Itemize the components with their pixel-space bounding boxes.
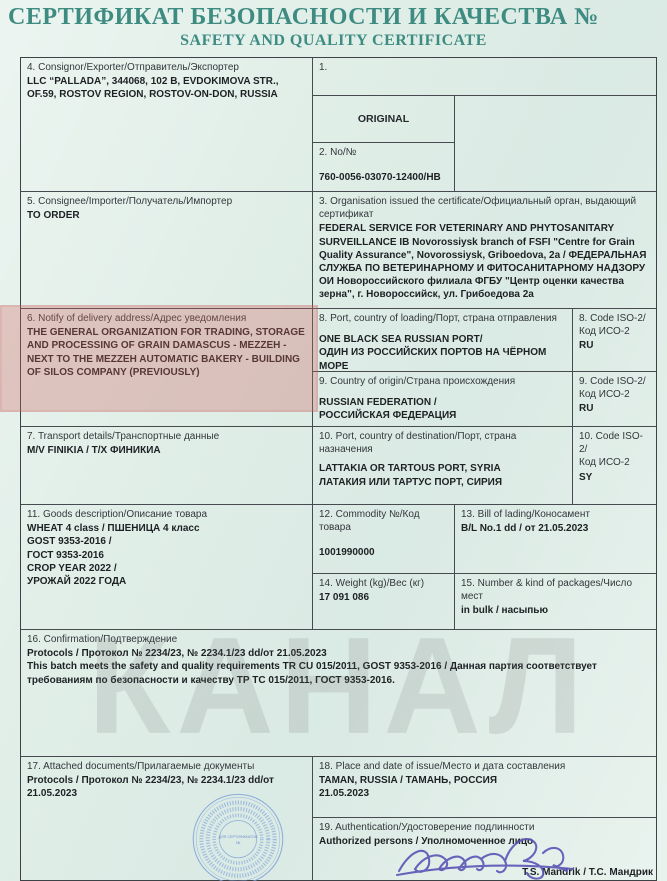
box-16-label: 16. Confirmation/Подтверждение bbox=[27, 633, 650, 646]
box-8-code-label: 8. Code ISO-2/ Код ИСО-2 bbox=[579, 312, 650, 338]
box-14-value: 17 091 086 bbox=[319, 591, 448, 604]
box-1-empty-cell bbox=[455, 96, 656, 191]
box-3-value: FEDERAL SERVICE FOR VETERINARY AND PHYTO… bbox=[319, 222, 650, 301]
box-13-bill-of-lading: 13. Bill of lading/Коносамент B/L No.1 d… bbox=[455, 505, 656, 573]
box-15-packages: 15. Number & kind of packages/Число мест… bbox=[455, 574, 656, 629]
box-11-goods-description: 11. Goods description/Описание товара WH… bbox=[21, 505, 313, 629]
box-17-attached-documents: 17. Attached documents/Прилагаемые докум… bbox=[21, 757, 313, 880]
box-10-code-label: 10. Code ISO-2/ Код ИСО-2 bbox=[579, 430, 650, 470]
box-9-value: RUSSIAN FEDERATION / РОССИЙСКАЯ ФЕДЕРАЦИ… bbox=[319, 396, 566, 422]
box-11-label: 11. Goods description/Описание товара bbox=[27, 508, 306, 521]
box-5-consignee: 5. Consignee/Importer/Получатель/Импорте… bbox=[21, 192, 313, 308]
certificate-title-en: SAFETY AND QUALITY CERTIFICATE bbox=[0, 32, 667, 50]
row-notify-loading: 6. Notify of delivery address/Адрес увед… bbox=[21, 308, 656, 426]
row-transport-destination: 7. Transport details/Транспортные данные… bbox=[21, 426, 656, 504]
row-goods: 11. Goods description/Описание товара WH… bbox=[21, 504, 656, 629]
box-7-transport: 7. Transport details/Транспортные данные… bbox=[21, 427, 313, 504]
row-consignor: 4. Consignor/Exporter/Отправитель/Экспор… bbox=[21, 58, 656, 191]
commodity-group: 12. Commodity №/Код товара 1001990000 13… bbox=[313, 505, 656, 629]
row-documents-issue: 17. Attached documents/Прилагаемые докум… bbox=[21, 756, 656, 880]
loading-origin-group: 8. Port, country of loading/Порт, страна… bbox=[313, 309, 656, 426]
box-18-place-date: 18. Place and date of issue/Место и дата… bbox=[313, 757, 656, 818]
box-13-label: 13. Bill of lading/Коносамент bbox=[461, 508, 650, 521]
row-confirmation: 16. Confirmation/Подтверждение Protocols… bbox=[21, 629, 656, 756]
box-3-organisation: 3. Organisation issued the certificate/О… bbox=[313, 192, 656, 308]
box-9-code-value: RU bbox=[579, 402, 650, 415]
box-12-label: 12. Commodity №/Код товара bbox=[319, 508, 448, 534]
box-6-label: 6. Notify of delivery address/Адрес увед… bbox=[27, 312, 306, 325]
box-1-group: 1. ORIGINAL 2. No/№ 760-0056-03070-12400… bbox=[313, 58, 656, 191]
box-8-port-loading: 8. Port, country of loading/Порт, страна… bbox=[313, 309, 572, 371]
authorized-person-name: T.S. Mandrik / Т.С. Мандрик bbox=[522, 866, 653, 879]
destination-group: 10. Port, country of destination/Порт, с… bbox=[313, 427, 656, 504]
box-5-label: 5. Consignee/Importer/Получатель/Импорте… bbox=[27, 195, 306, 208]
box-9-code: 9. Code ISO-2/ Код ИСО-2 RU bbox=[572, 372, 656, 426]
box-10-port-destination: 10. Port, country of destination/Порт, с… bbox=[313, 427, 572, 504]
box-6-value: THE GENERAL ORGANIZATION FOR TRADING, ST… bbox=[27, 326, 306, 379]
box-14-weight: 14. Weight (kg)/Вес (кг) 17 091 086 bbox=[313, 574, 455, 629]
box-10-code-value: SY bbox=[579, 471, 650, 484]
box-14-label: 14. Weight (kg)/Вес (кг) bbox=[319, 577, 448, 590]
box-1: 1. bbox=[313, 58, 656, 96]
box-8-code: 8. Code ISO-2/ Код ИСО-2 RU bbox=[572, 309, 656, 371]
box-8-row: 8. Port, country of loading/Порт, страна… bbox=[313, 309, 656, 372]
box-10-code: 10. Code ISO-2/ Код ИСО-2 SY bbox=[572, 427, 656, 504]
box-2-number: 2. No/№ 760-0056-03070-12400/HB bbox=[313, 143, 454, 191]
certificate-title-ru: СЕРТИФИКАТ БЕЗОПАСНОСТИ И КАЧЕСТВА № bbox=[8, 4, 608, 31]
box-13-value: B/L No.1 dd / от 21.05.2023 bbox=[461, 522, 650, 535]
box-4-label: 4. Consignor/Exporter/Отправитель/Экспор… bbox=[27, 61, 306, 74]
box-12-commodity: 12. Commodity №/Код товара 1001990000 bbox=[313, 505, 455, 573]
box-4-consignor: 4. Consignor/Exporter/Отправитель/Экспор… bbox=[21, 58, 313, 191]
box-9-country-origin: 9. Country of origin/Страна происхождени… bbox=[313, 372, 572, 426]
row-consignee: 5. Consignee/Importer/Получатель/Импорте… bbox=[21, 191, 656, 308]
box-3-label: 3. Organisation issued the certificate/О… bbox=[319, 195, 650, 221]
box-9-row: 9. Country of origin/Страна происхождени… bbox=[313, 372, 656, 426]
certificate-page: СЕРТИФИКАТ БЕЗОПАСНОСТИ И КАЧЕСТВА № SAF… bbox=[0, 0, 667, 881]
certificate-table: 4. Consignor/Exporter/Отправитель/Экспор… bbox=[20, 57, 657, 881]
box-19-value: Authorized persons / Уполномоченное лицо bbox=[319, 835, 650, 848]
box-18-value: TAMAN, RUSSIA / ТАМАНЬ, РОССИЯ 21.05.202… bbox=[319, 774, 650, 800]
original-label: ORIGINAL bbox=[358, 113, 409, 125]
box-9-label: 9. Country of origin/Страна происхождени… bbox=[319, 375, 566, 388]
box-18-label: 18. Place and date of issue/Место и дата… bbox=[319, 760, 650, 773]
original-number-column: ORIGINAL 2. No/№ 760-0056-03070-12400/HB bbox=[313, 96, 455, 191]
box-17-label: 17. Attached documents/Прилагаемые докум… bbox=[27, 760, 306, 773]
box-19-authentication: 19. Authentication/Удостоверение подлинн… bbox=[313, 818, 656, 880]
box-7-label: 7. Transport details/Транспортные данные bbox=[27, 430, 306, 443]
issue-auth-group: 18. Place and date of issue/Место и дата… bbox=[313, 757, 656, 880]
box-16-confirmation: 16. Confirmation/Подтверждение Protocols… bbox=[21, 630, 656, 756]
box-17-value: Protocols / Протокол № 2234/23, № 2234.1… bbox=[27, 774, 306, 800]
certificate-number: 760-0056-03070-12400/HB bbox=[319, 171, 448, 184]
box-11-value: WHEAT 4 class / ПШЕНИЦА 4 класс GOST 935… bbox=[27, 522, 306, 588]
box-12-value: 1001990000 bbox=[319, 546, 448, 559]
box-8-label: 8. Port, country of loading/Порт, страна… bbox=[319, 312, 566, 325]
box-7-value: M/V FINIKIA / Т/Х ФИНИКИА bbox=[27, 444, 306, 457]
box-8-code-value: RU bbox=[579, 339, 650, 352]
weight-packages-row: 14. Weight (kg)/Вес (кг) 17 091 086 15. … bbox=[313, 574, 656, 629]
box-9-code-label: 9. Code ISO-2/ Код ИСО-2 bbox=[579, 375, 650, 401]
box-2-label: 2. No/№ bbox=[319, 146, 448, 159]
box-19-label: 19. Authentication/Удостоверение подлинн… bbox=[319, 821, 650, 834]
box-15-label: 15. Number & kind of packages/Число мест bbox=[461, 577, 650, 603]
box-10-label: 10. Port, country of destination/Порт, с… bbox=[319, 430, 566, 456]
box-4-value: LLC “PALLADA”, 344068, 102 B, EVDOKIMOVA… bbox=[27, 75, 306, 101]
box-16-value: Protocols / Протокол № 2234/23, № 2234.1… bbox=[27, 647, 650, 687]
box-1-label: 1. bbox=[319, 61, 650, 74]
box-6-notify-address: 6. Notify of delivery address/Адрес увед… bbox=[21, 309, 313, 426]
box-5-value: TO ORDER bbox=[27, 209, 306, 222]
original-cell: ORIGINAL bbox=[313, 96, 454, 143]
box-1-sub: ORIGINAL 2. No/№ 760-0056-03070-12400/HB bbox=[313, 96, 656, 191]
box-8-value: ONE BLACK SEA RUSSIAN PORT/ ОДИН ИЗ РОСС… bbox=[319, 333, 566, 373]
box-15-value: in bulk / насыпью bbox=[461, 604, 650, 617]
box-10-value: LATTAKIA OR TARTOUS PORT, SYRIA ЛАТАКИЯ … bbox=[319, 462, 566, 488]
commodity-lading-row: 12. Commodity №/Код товара 1001990000 13… bbox=[313, 505, 656, 574]
